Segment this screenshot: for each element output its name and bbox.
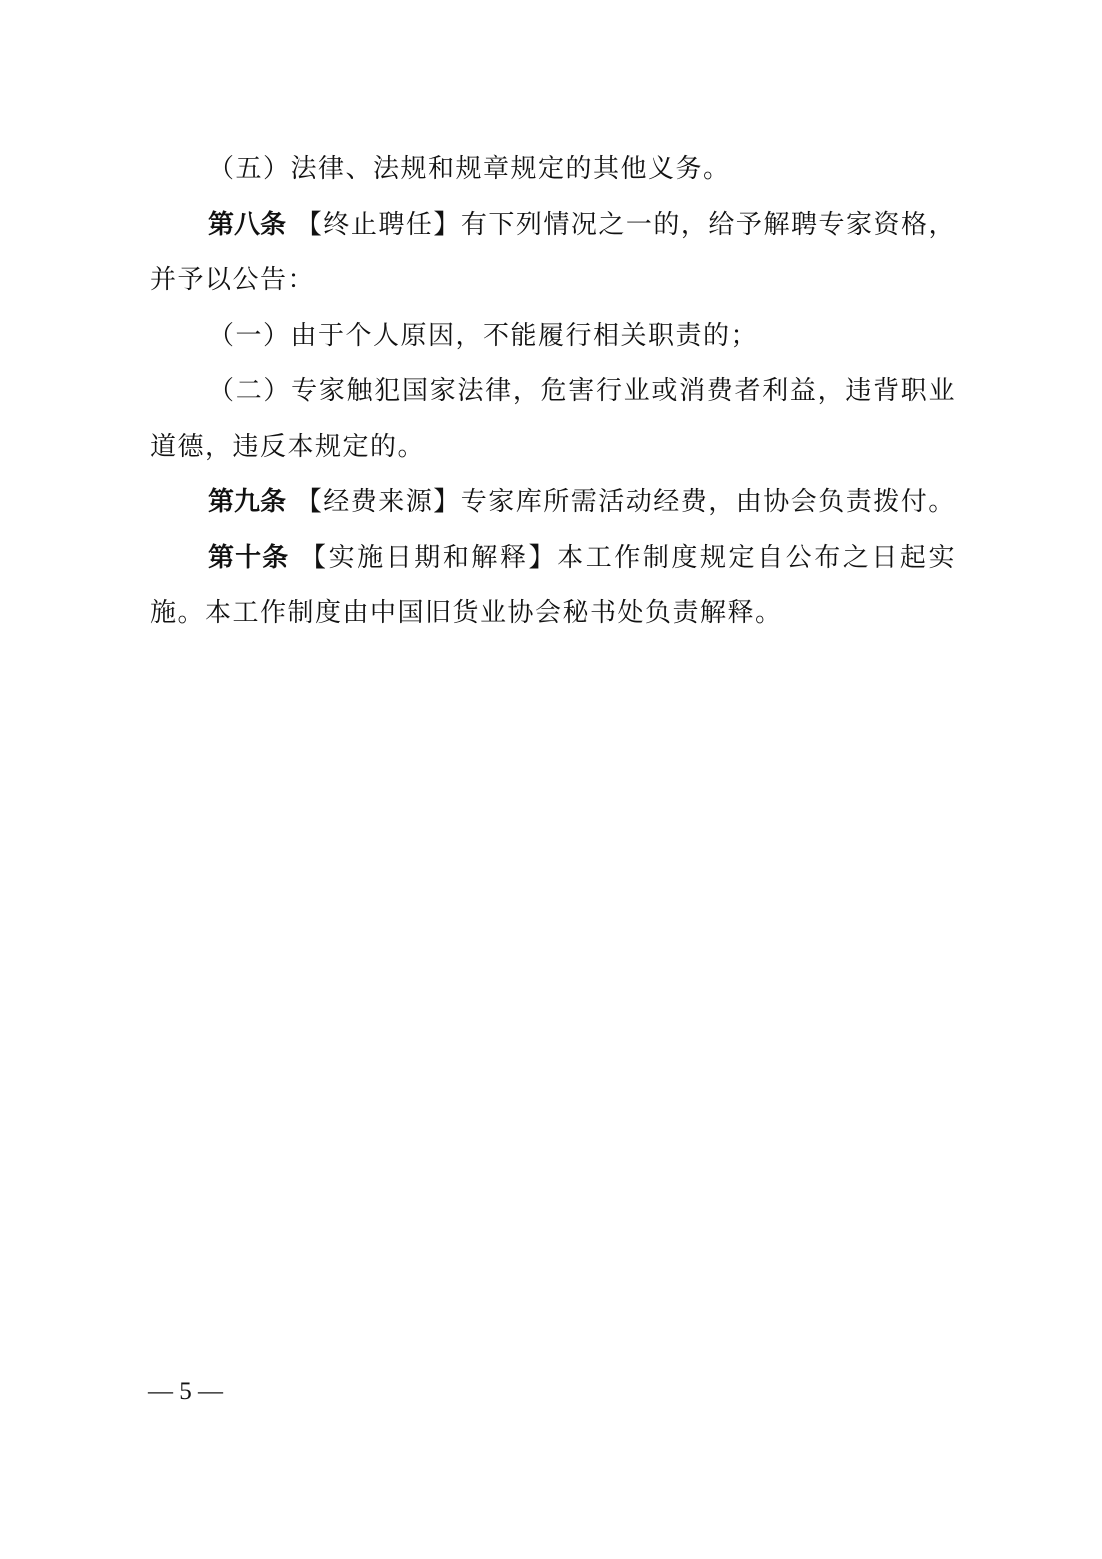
paragraph-text: 专家库所需活动经费，由协会负责拨付。 (461, 487, 956, 517)
paragraph-article-8: 第八条 【终止聘任】有下列情况之一的，给予解聘专家资格，并予以公告： (150, 198, 956, 309)
paragraph-item-8-1: （一）由于个人原因，不能履行相关职责的； (150, 309, 956, 365)
article-number: 第九条 (208, 487, 286, 517)
document-body: （五）法律、法规和规章规定的其他义务。 第八条 【终止聘任】有下列情况之一的，给… (150, 142, 956, 642)
paragraph-item-8-2: （二）专家触犯国家法律，危害行业或消费者利益，违背职业道德，违反本规定的。 (150, 364, 956, 475)
paragraph-text: （一）由于个人原因，不能履行相关职责的； (208, 321, 758, 351)
paragraph-article-9: 第九条 【经费来源】专家库所需活动经费，由协会负责拨付。 (150, 475, 956, 531)
article-heading: 【终止聘任】 (286, 210, 461, 240)
article-number: 第八条 (208, 210, 286, 240)
paragraph-item-5: （五）法律、法规和规章规定的其他义务。 (150, 142, 956, 198)
document-page: （五）法律、法规和规章规定的其他义务。 第八条 【终止聘任】有下列情况之一的，给… (0, 0, 1102, 1559)
article-heading: 【经费来源】 (286, 487, 461, 517)
paragraph-article-10: 第十条 【实施日期和解释】本工作制度规定自公布之日起实施。本工作制度由中国旧货业… (150, 531, 956, 642)
article-heading: 【实施日期和解释】 (289, 543, 557, 573)
page-number: — 5 — (148, 1378, 223, 1406)
article-number: 第十条 (208, 543, 289, 573)
paragraph-text: （二）专家触犯国家法律，危害行业或消费者利益，违背职业道德，违反本规定的。 (150, 376, 956, 462)
paragraph-text: （五）法律、法规和规章规定的其他义务。 (208, 154, 731, 184)
